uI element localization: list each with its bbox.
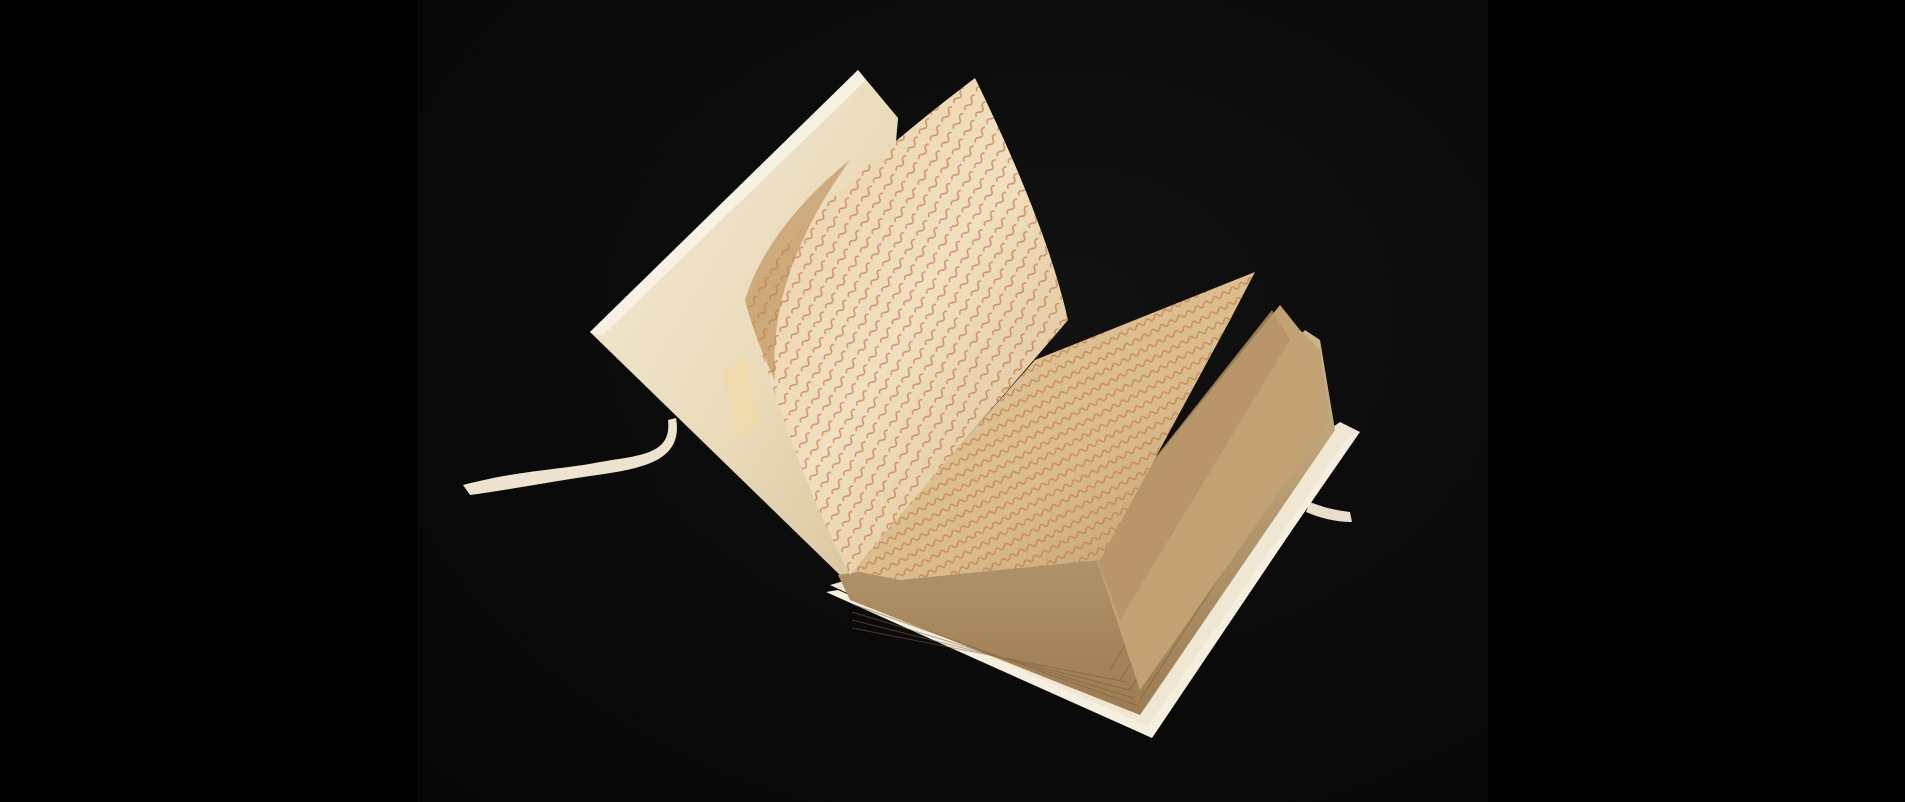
- right-tie: [1306, 502, 1352, 522]
- left-tie: [463, 418, 677, 495]
- manuscript-photo: [0, 0, 1905, 802]
